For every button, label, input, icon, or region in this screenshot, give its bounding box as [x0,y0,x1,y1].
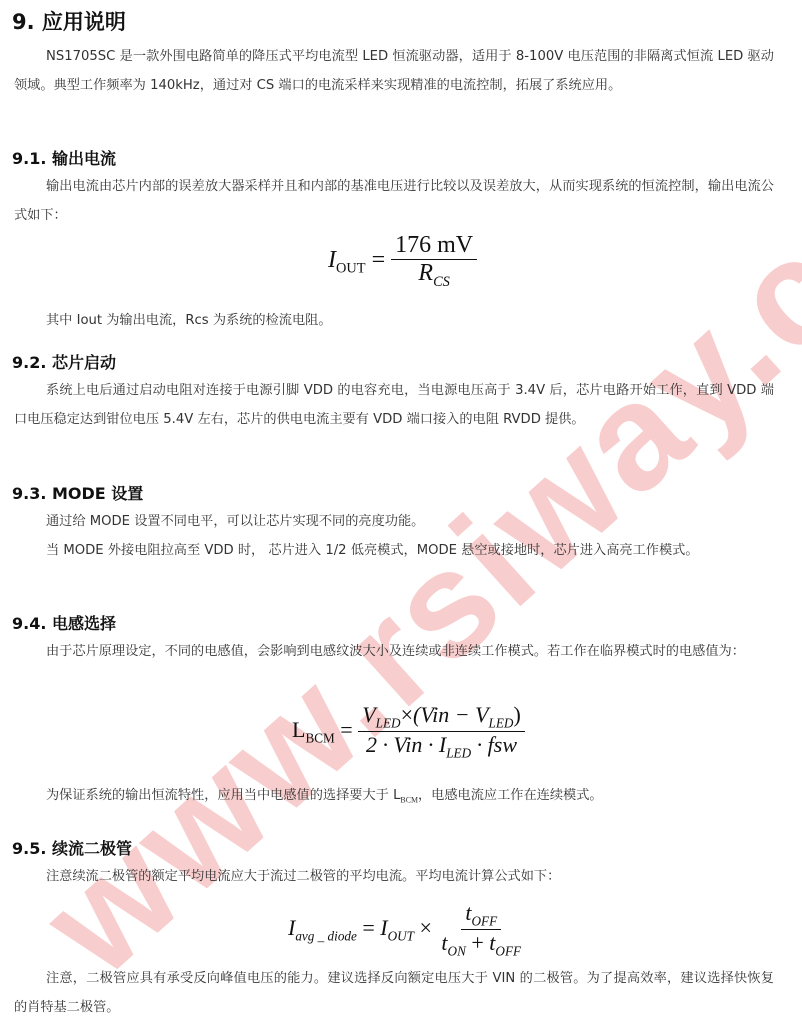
section-9-2-title: 9.2. 芯片启动 [12,350,116,373]
diode-current-formula: Iavg _ diode = IOUT × tOFF tON + tOFF [288,900,525,960]
section-9-4-note: 为保证系统的输出恒流特性，应用当中电感值的选择要大于 LBCM，电感电流应工作在… [14,781,774,815]
section-9-2-paragraph: 系统上电后通过启动电阻对连接于电源引脚 VDD 的电容充电，当电源电压高于 3.… [14,376,774,434]
inductance-formula: LBCM = VLED×(Vin − VLED) 2 · Vin · ILED … [292,702,525,762]
fraction: tOFF tON + tOFF [437,900,525,960]
section-9-5-note: 注意，二极管应具有承受反向峰值电压的能力。建议选择反向额定电压大于 VIN 的二… [14,964,774,1022]
section-9-4-paragraph: 由于芯片原理设定，不同的电感值，会影响到电感纹波大小及连续或非连续工作模式。若工… [14,637,774,666]
output-current-formula: IOUT = 176 mV RCS [328,232,477,291]
section-9-paragraph: NS1705SC 是一款外围电路简单的降压式平均电流型 LED 恒流驱动器，适用… [14,42,774,100]
section-9-1-paragraph: 输出电流由芯片内部的误差放大器采样并且和内部的基准电压进行比较以及误差放大，从而… [14,172,774,230]
fraction: VLED×(Vin − VLED) 2 · Vin · ILED · fsw [358,702,525,762]
section-9-1-note: 其中 Iout 为输出电流，Rcs 为系统的检流电阻。 [14,306,774,335]
section-9-3-paragraph-2: 当 MODE 外接电阻拉高至 VDD 时， 芯片进入 1/2 低亮模式，MODE… [14,536,774,565]
section-9-3-paragraph-1: 通过给 MODE 设置不同电平，可以让芯片实现不同的亮度功能。 [14,507,774,536]
section-9-title: 9. 应用说明 [12,6,126,36]
section-9-5-title: 9.5. 续流二极管 [12,836,132,859]
section-9-5-paragraph: 注意续流二极管的额定平均电流应大于流过二极管的平均电流。平均电流计算公式如下： [14,862,774,891]
section-9-3-title: 9.3. MODE 设置 [12,481,143,504]
fraction: 176 mV RCS [391,232,477,291]
section-9-1-title: 9.1. 输出电流 [12,146,116,169]
section-9-4-title: 9.4. 电感选择 [12,611,116,634]
